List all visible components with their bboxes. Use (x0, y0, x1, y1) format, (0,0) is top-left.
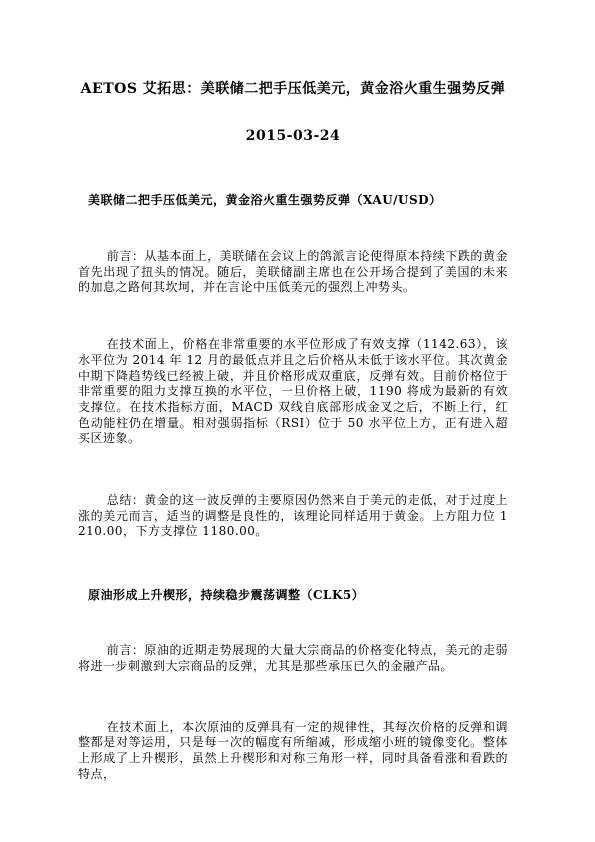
paragraph-gold-technical: 在技术面上，价格在非常重要的水平位形成了有效支撑（1142.63），该水平位为 … (78, 337, 508, 447)
document-date: 2015-03-24 (78, 127, 508, 145)
paragraph-crude-technical: 在技术面上，本次原油的反弹具有一定的规律性，其每次价格的反弹和调整都是对等运用，… (78, 720, 508, 783)
paragraph-gold-foreword: 前言：从基本面上，美联储在会议上的鸽派言论使得原本持续下跌的黄金首先出现了扭头的… (78, 249, 508, 296)
paragraph-crude-foreword: 前言：原油的近期走势展现的大量大宗商品的价格变化特点，美元的走弱将进一步刺激到大… (78, 643, 508, 674)
section-crude-clk5: 原油形成上升楔形，持续稳步震荡调整（CLK5） 前言：原油的近期走势展现的大量大… (78, 587, 508, 782)
section-heading-gold: 美联储二把手压低美元，黄金浴火重生强势反弹（XAU/USD） (88, 192, 508, 208)
section-heading-crude: 原油形成上升楔形，持续稳步震荡调整（CLK5） (88, 587, 508, 603)
paragraph-gold-summary: 总结：黄金的这一波反弹的主要原因仍然来自于美元的走低，对于过度上涨的美元而言，适… (78, 493, 508, 540)
document-page: AETOS 艾拓思：美联储二把手压低美元，黄金浴火重生强势反弹 2015-03-… (0, 0, 595, 842)
section-gold-xauusd: 美联储二把手压低美元，黄金浴火重生强势反弹（XAU/USD） 前言：从基本面上，… (78, 192, 508, 540)
document-title: AETOS 艾拓思：美联储二把手压低美元，黄金浴火重生强势反弹 (78, 80, 508, 98)
document-content: AETOS 艾拓思：美联储二把手压低美元，黄金浴火重生强势反弹 2015-03-… (0, 0, 595, 782)
